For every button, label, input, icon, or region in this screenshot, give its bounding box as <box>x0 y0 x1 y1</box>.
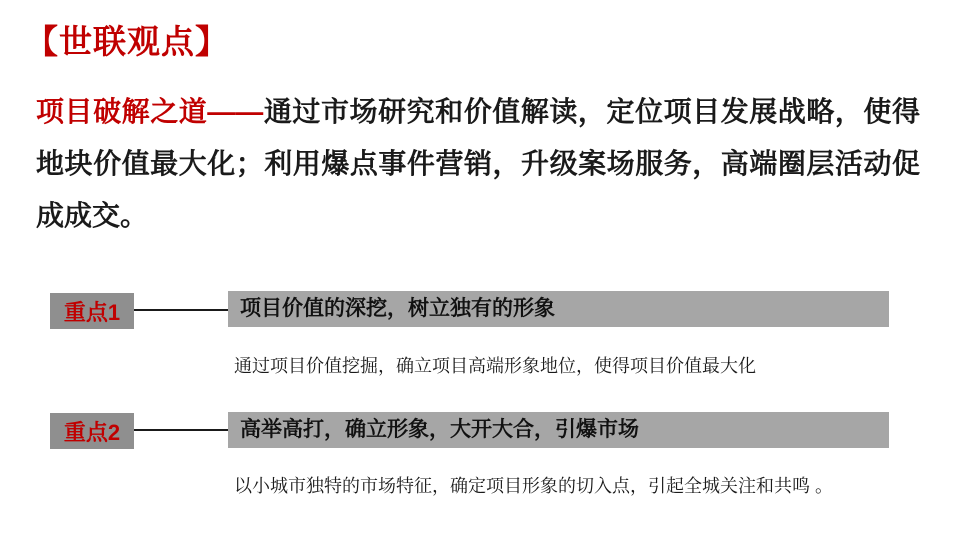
presentation-slide: 【世联观点】 项目破解之道——通过市场研究和价值解读，定位项目发展战略，使得地块… <box>0 0 960 540</box>
point-1-label-box: 重点1 <box>50 293 134 329</box>
point-1-description: 通过项目价值挖掘，确立项目高端形象地位，使得项目价值最大化 <box>234 352 756 378</box>
point-2-description: 以小城市独特的市场特征，确定项目形象的切入点，引起全城关注和共鸣 。 <box>234 472 833 498</box>
slide-title: 【世联观点】 <box>25 16 229 63</box>
point-1-heading-bar: 项目价值的深挖，树立独有的形象 <box>228 291 889 327</box>
intro-paragraph: 项目破解之道——通过市场研究和价值解读，定位项目发展战略，使得地块价值最大化；利… <box>36 86 920 242</box>
point-2-connector-line <box>134 429 228 431</box>
intro-highlight: 项目破解之道—— <box>36 96 263 127</box>
point-1-connector-line <box>134 309 228 311</box>
point-2-label-box: 重点2 <box>50 413 134 449</box>
point-2-heading-bar: 高举高打，确立形象，大开大合，引爆市场 <box>228 412 889 448</box>
